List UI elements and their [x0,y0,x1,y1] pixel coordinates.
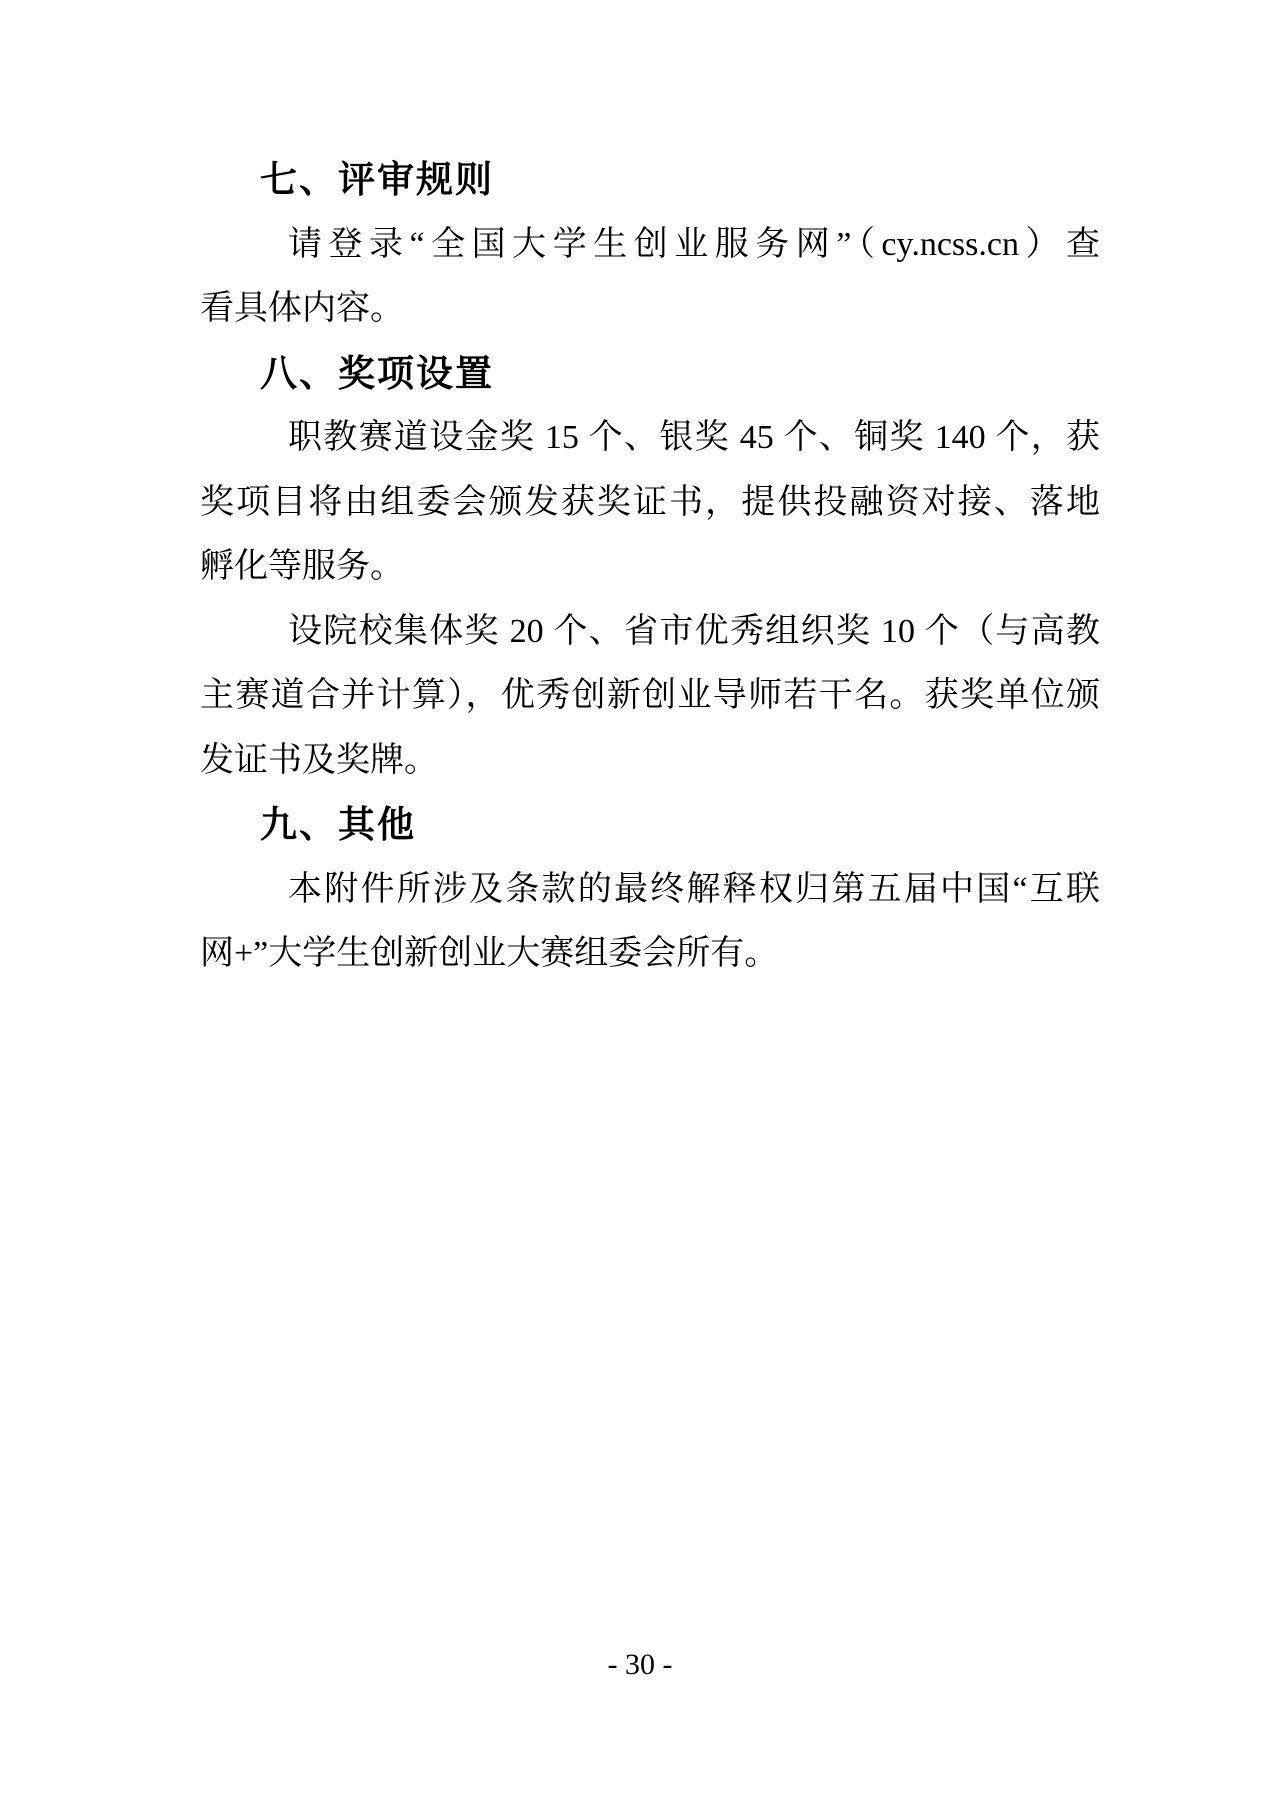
body-line: 看具体内容。 [200,277,1100,342]
body-line: 发证书及奖牌。 [200,729,1100,794]
document-page: 七、评审规则 请登录“全国大学生创业服务网”（cy.ncss.cn）查 看具体内… [0,0,1280,1810]
body-line: 请登录“全国大学生创业服务网”（cy.ncss.cn）查 [200,213,1100,278]
body-line: 职教赛道设金奖 15 个、银奖 45 个、铜奖 140 个，获 [200,406,1100,471]
body-line: 奖项目将由组委会颁发获奖证书，提供投融资对接、落地 [200,471,1100,536]
section-heading-8: 八、奖项设置 [200,342,1100,407]
section-heading-7: 七、评审规则 [200,148,1100,213]
body-line: 主赛道合并计算），优秀创新创业导师若干名。获奖单位颁 [200,664,1100,729]
document-text-block: 七、评审规则 请登录“全国大学生创业服务网”（cy.ncss.cn）查 看具体内… [200,148,1100,987]
body-line: 网+”大学生创新创业大赛组委会所有。 [200,922,1100,987]
body-line: 设院校集体奖 20 个、省市优秀组织奖 10 个（与高教 [200,600,1100,665]
body-line: 本附件所涉及条款的最终解释权归第五届中国“互联 [200,858,1100,923]
body-line: 孵化等服务。 [200,535,1100,600]
section-heading-9: 九、其他 [200,793,1100,858]
page-number: - 30 - [0,1648,1280,1682]
